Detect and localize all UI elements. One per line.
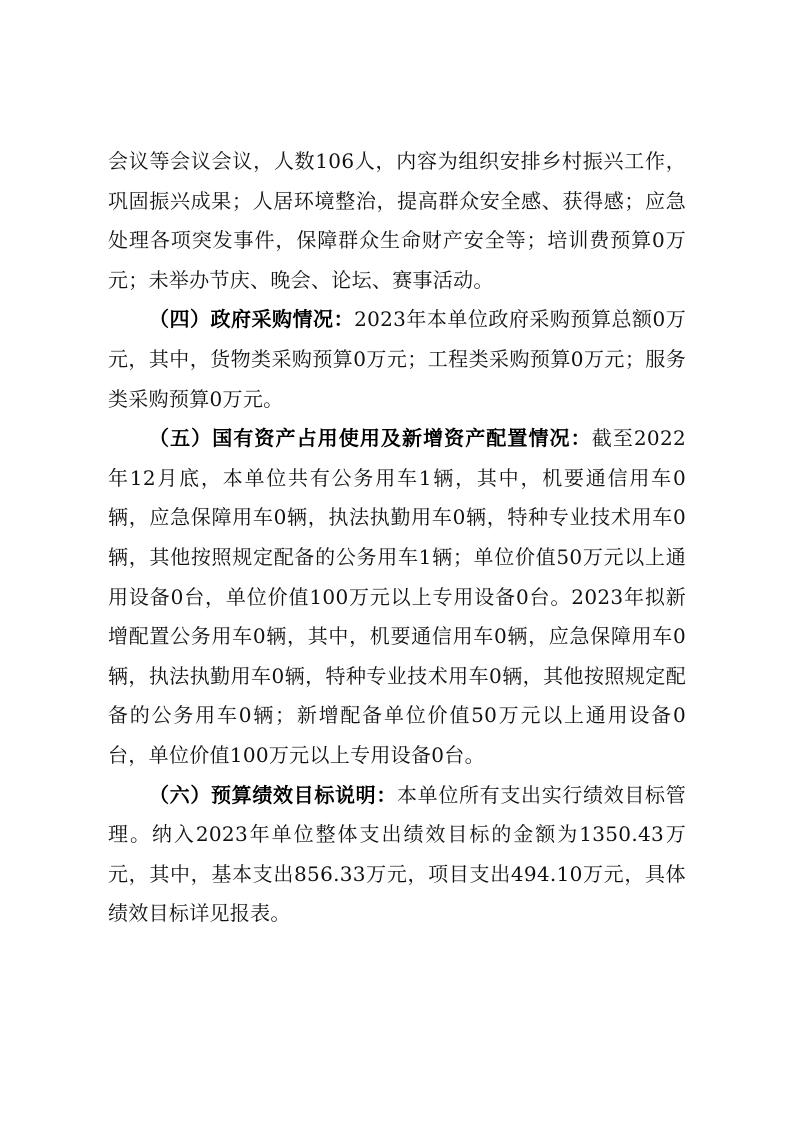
paragraph-performance-targets: （六）预算绩效目标说明：本单位所有支出实行绩效目标管理。纳入2023年单位整体支… [108, 776, 686, 934]
section-heading-assets: （五）国有资产占用使用及新增资产配置情况： [149, 426, 592, 450]
paragraph-meetings-continued: 会议等会议会议，人数106人，内容为组织安排乡村振兴工作，巩固振兴成果；人居环境… [108, 142, 686, 300]
paragraph-government-procurement: （四）政府采购情况：2023年本单位政府采购预算总额0万元，其中，货物类采购预算… [108, 300, 686, 419]
paragraph-body: 会议等会议会议，人数106人，内容为组织安排乡村振兴工作，巩固振兴成果；人居环境… [108, 149, 686, 292]
section-heading-procurement: （四）政府采购情况： [149, 307, 354, 331]
paragraph-state-assets: （五）国有资产占用使用及新增资产配置情况：截至2022年12月底，本单位共有公务… [108, 419, 686, 775]
paragraph-body: 截至2022年12月底，本单位共有公务用车1辆，其中，机要通信用车0辆，应急保障… [108, 426, 686, 767]
document-page: 会议等会议会议，人数106人，内容为组织安排乡村振兴工作，巩固振兴成果；人居环境… [108, 142, 686, 934]
section-heading-performance: （六）预算绩效目标说明： [149, 783, 397, 807]
